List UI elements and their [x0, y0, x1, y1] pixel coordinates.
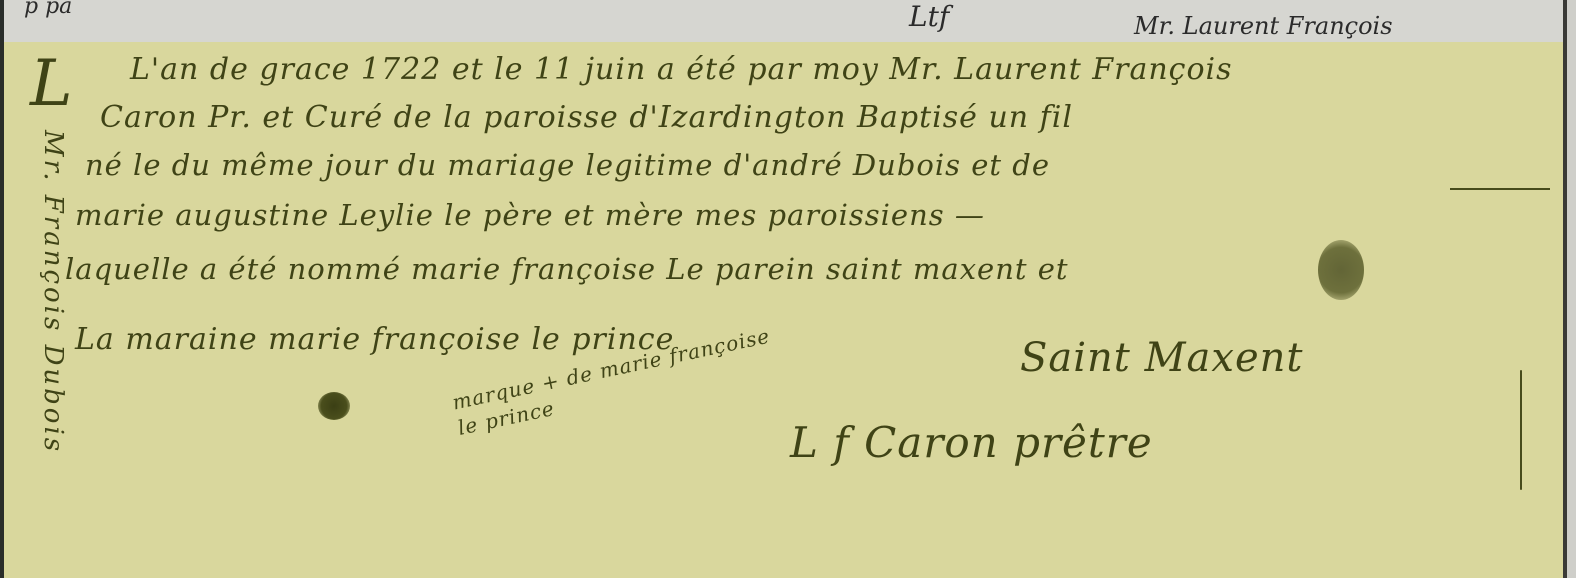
- margin-stroke: [1520, 370, 1522, 490]
- margin-note: Mr. François Dubois: [38, 130, 68, 454]
- signature-priest: L f Caron prêtre: [790, 418, 1153, 467]
- entry-line-3: né le du même jour du mariage legitime d…: [85, 148, 1050, 182]
- previous-entry-fragment-right: Mr. Laurent François: [1134, 12, 1393, 40]
- entry-line-2: Caron Pr. et Curé de la paroisse d'Izard…: [100, 100, 1073, 135]
- ink-smudge: [1318, 240, 1364, 300]
- entry-line-6: La maraine marie françoise le prince: [75, 322, 674, 357]
- entry-line-1: L'an de grace 1722 et le 11 juin a été p…: [130, 52, 1233, 87]
- ink-blot: [318, 392, 350, 420]
- previous-entry-fragment-center: Ltf: [909, 0, 949, 33]
- signature-godfather: Saint Maxent: [1020, 335, 1303, 381]
- line-end-dash: [1450, 188, 1550, 190]
- previous-entry-fragment-left: p pa: [24, 0, 72, 19]
- register-page: p pa Ltf Mr. Laurent François Mr. Franço…: [0, 0, 1576, 578]
- initial-letter: L: [30, 52, 73, 116]
- previous-entry-strip: p pa Ltf Mr. Laurent François: [4, 0, 1563, 42]
- entry-line-5: laquelle a été nommé marie françoise Le …: [65, 252, 1069, 286]
- entry-line-4: marie augustine Leylie le père et mère m…: [75, 198, 985, 232]
- page-right-edge: [1563, 0, 1576, 578]
